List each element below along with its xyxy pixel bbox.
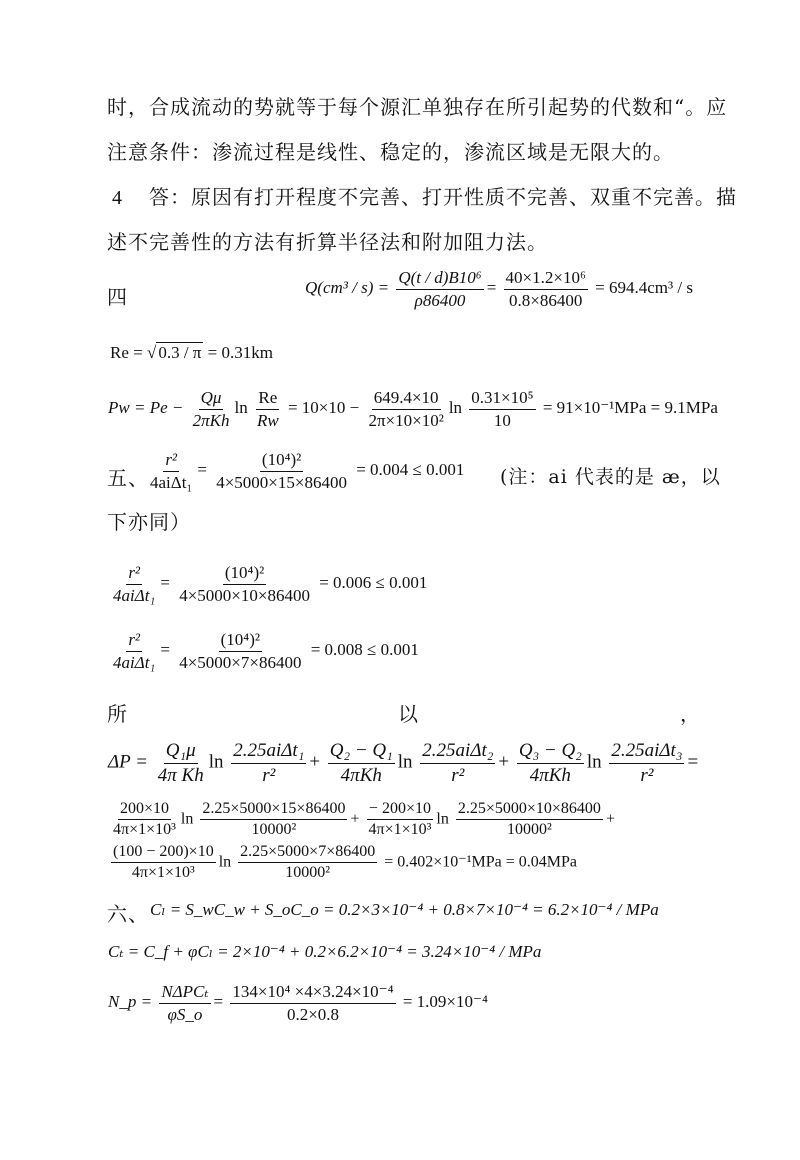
cl-equation: Cₗ = S_wC_w + S_oC_o = 0.2×3×10⁻⁴ + 0.8×… — [150, 900, 659, 920]
q-lhs: Q(cm³ / s) = — [305, 278, 389, 297]
paragraph-line: 注意条件：渗流过程是线性、稳定的，渗流区域是无限大的。 — [107, 136, 674, 165]
np-equation: N_p = NΔPCₜφS_o= 134×10⁴ ×4×3.24×10⁻⁴0.2… — [108, 982, 488, 1024]
ratio-row-2: r²4aiΔt₁= (10⁴)²4×5000×10×86400 = 0.006 … — [108, 563, 427, 605]
np-result: = 1.09×10⁻⁴ — [403, 992, 488, 1011]
therefore-comma: ， — [680, 698, 701, 727]
ratio-row-3: r²4aiΔt₁= (10⁴)²4×5000×7×86400 = 0.008 ≤… — [108, 630, 419, 672]
answer-text: 答：原因有打开程度不完善、打开性质不完善、双重不完善。描 — [149, 185, 737, 209]
delta-p-values-2: (100 − 200)×104π×1×10³ln 2.25×5000×7×864… — [108, 843, 577, 883]
re-equation: Re = √0.3 / π = 0.31km — [110, 343, 273, 363]
pw-lhs: Pw = Pe − — [108, 398, 183, 417]
section-label-6: 六、 — [107, 898, 149, 927]
pw-equation: Pw = Pe − Qμ2πKhln ReRw = 10×10 − 649.4×… — [108, 388, 718, 430]
re-result: = 0.31km — [208, 343, 273, 362]
flow-rate-equation: Q(cm³ / s) = Q(t / d)B10⁶ρ86400= 40×1.2×… — [305, 268, 693, 310]
re-radicand: 0.3 / π — [156, 342, 203, 362]
pw-result: = 91×10⁻¹MPa = 9.1MPa — [543, 398, 718, 417]
fraction: Q(t / d)B10⁶ρ86400 — [396, 268, 483, 310]
delta-p-equation: ΔP = Q₁μ4π Khln 2.25aiΔt₁r²+ Q₂ − Q₁4πKh… — [108, 740, 698, 787]
section-label-5: 五、 — [107, 462, 149, 491]
note: (注：ai 代表的是 æ，以 — [500, 462, 721, 489]
therefore-1: 所 — [107, 698, 128, 727]
therefore-2: 以 — [398, 698, 419, 727]
ratio-row-1: r²4aiΔt₁= (10⁴)²4×5000×15×86400 = 0.004 … — [145, 450, 464, 492]
ct-equation: Cₜ = C_f + φCₗ = 2×10⁻⁴ + 0.2×6.2×10⁻⁴ =… — [108, 942, 541, 962]
answer-4: 4答：原因有打开程度不完善、打开性质不完善、双重不完善。描 — [112, 181, 737, 210]
delta-p-result: = 0.402×10⁻¹MPa = 0.04MPa — [384, 854, 577, 871]
re-lhs: Re = — [110, 343, 143, 362]
note-continued: 下亦同） — [107, 506, 191, 535]
paragraph-line: 述不完善性的方法有折算半径法和附加阻力法。 — [107, 226, 548, 255]
fraction: 40×1.2×10⁶0.8×86400 — [504, 268, 588, 310]
q-result: = 694.4cm³ / s — [595, 278, 693, 297]
paragraph-line: 时，合成流动的势就等于每个源汇单独存在所引起势的代数和“。应 — [107, 91, 727, 120]
section-label-4: 四 — [107, 281, 128, 310]
delta-p-values-1: 200×104π×1×10³ln 2.25×5000×15×8640010000… — [108, 800, 615, 840]
answer-number: 4 — [112, 187, 123, 209]
